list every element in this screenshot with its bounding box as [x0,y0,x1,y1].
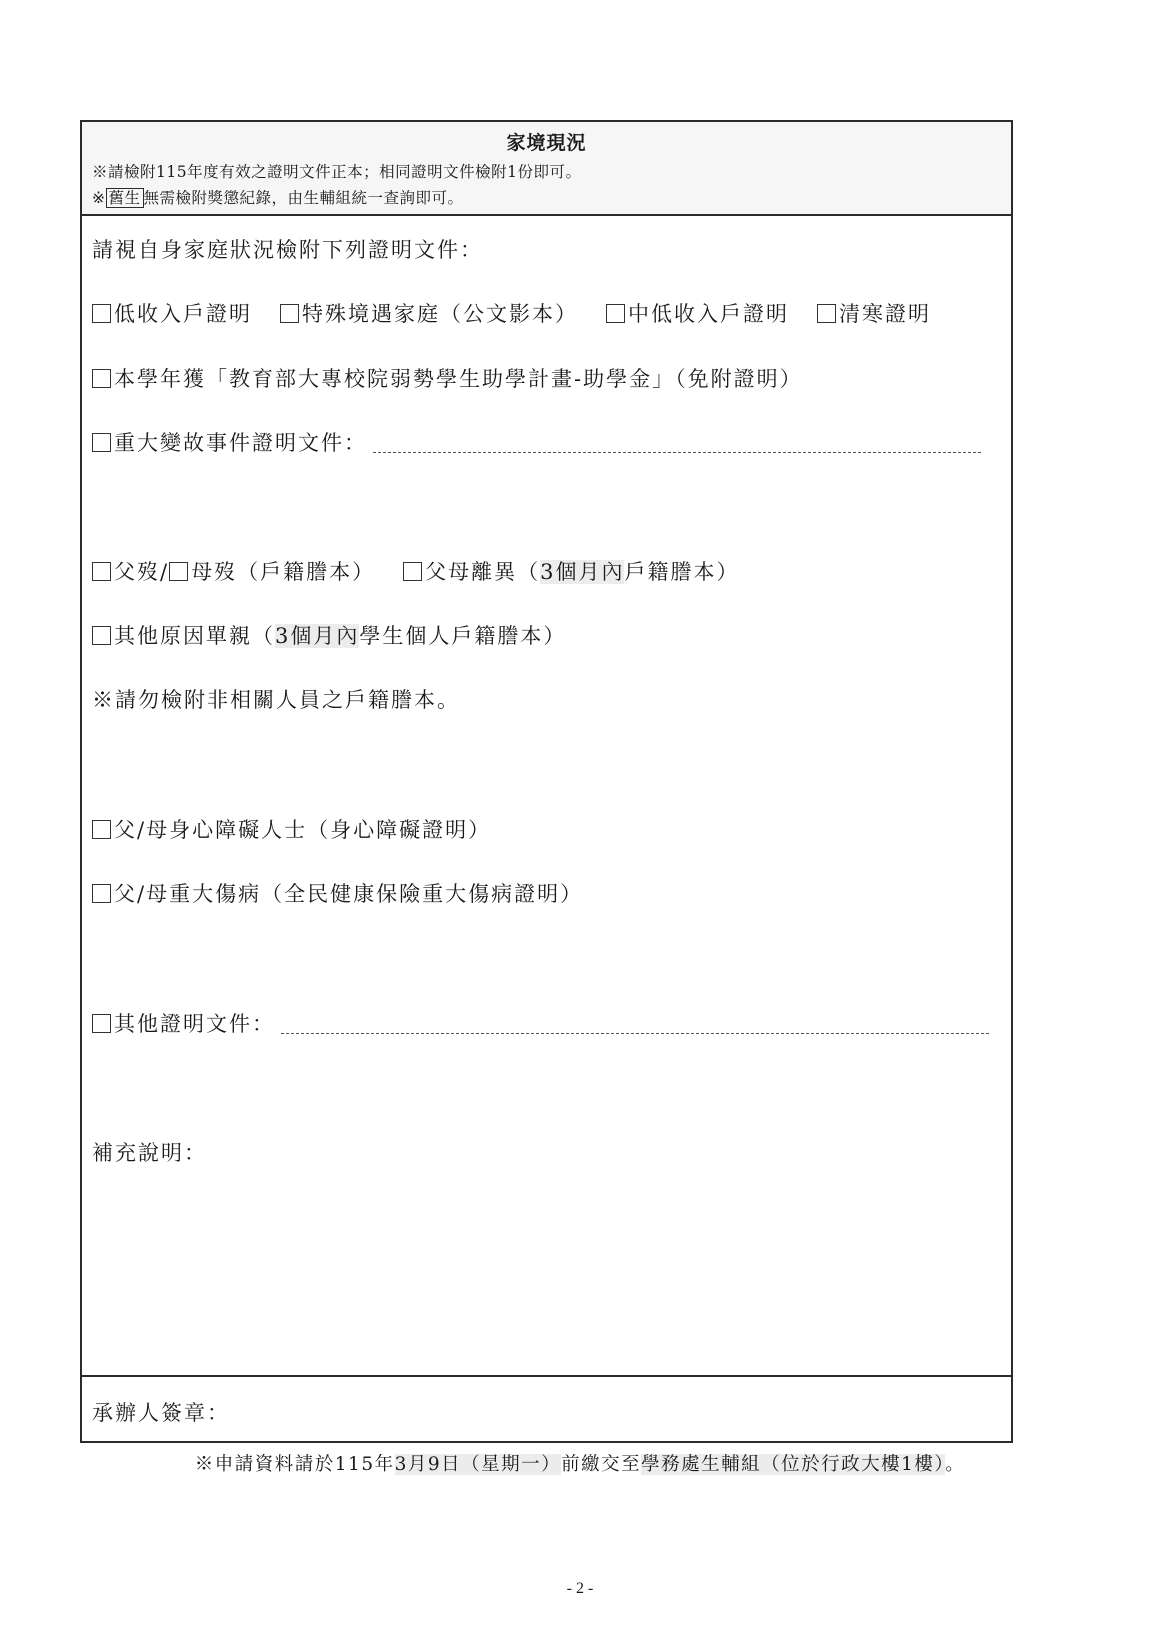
row-major-illness: 父/母重大傷病（全民健康保險重大傷病證明） [92,878,583,908]
note-text: 無需檢附獎懲紀錄，由生輔組統一查詢即可。 [144,189,464,207]
major-incident-input[interactable] [373,452,981,453]
supplement-input[interactable] [92,1172,997,1367]
deadline-text: ※申請資料請於115年 [195,1454,395,1475]
single-parent-highlight: 3個月內 [275,624,359,648]
label-father-deceased: 父歿/ [114,556,169,586]
note-no-unrelated-records: ※請勿檢附非相關人員之戶籍謄本。 [92,684,460,714]
row-single-parent: 其他原因單親（3個月內學生個人戶籍謄本） [92,620,566,650]
row-major-incident: 重大變故事件證明文件： [92,427,981,457]
label-mid-low-income: 中低收入戶證明 [628,298,789,328]
row-income-proofs: 低收入戶證明 特殊境遇家庭（公文影本） 中低收入戶證明 清寒證明 [92,298,931,328]
note-returning-students: ※舊生無需檢附獎懲紀錄，由生輔組統一查詢即可。 [92,186,464,208]
supplement-label: 補充說明： [92,1137,207,1167]
checkbox-parents-divorced[interactable] [403,562,422,581]
label-major-incident: 重大變故事件證明文件： [114,427,367,457]
deadline-date: 3月9日（星期一） [395,1454,562,1475]
divorced-text: 父母離異（ [425,560,540,584]
label-mother-deceased: 母歿（戶籍謄本） [191,556,375,586]
deadline-place: 學務處生輔組（位於行政大樓1樓） [641,1454,945,1475]
checkbox-moe-grant[interactable] [92,369,111,388]
label-poverty: 清寒證明 [839,298,931,328]
checkbox-major-illness[interactable] [92,884,111,903]
deadline-mid: 前繳交至 [561,1454,641,1475]
checkbox-low-income[interactable] [92,304,111,323]
label-moe-grant: 本學年獲「教育部大專校院弱勢學生助學計畫-助學金」（免附證明） [114,363,803,393]
single-parent-text-end: 學生個人戶籍謄本） [359,624,566,648]
label-major-illness: 父/母重大傷病（全民健康保險重大傷病證明） [114,878,583,908]
row-disability: 父/母身心障礙人士（身心障礙證明） [92,814,491,844]
note-mark: ※ [92,189,106,207]
submission-deadline-note: ※申請資料請於115年3月9日（星期一）前繳交至學務處生輔組（位於行政大樓1樓）… [0,1450,1160,1476]
row-other-documents: 其他證明文件： [92,1008,989,1038]
checkbox-mid-low-income[interactable] [606,304,625,323]
page-number: - 2 - [0,1580,1160,1598]
row-deceased-divorced: 父歿/ 母歿（戶籍謄本） 父母離異（3個月內戶籍謄本） [92,556,739,586]
checkbox-mother-deceased[interactable] [169,562,188,581]
divorced-text-end: 戶籍謄本） [624,560,739,584]
intro-text: 請視自身家庭狀況檢附下列證明文件： [92,234,483,264]
label-disability: 父/母身心障礙人士（身心障礙證明） [114,814,491,844]
checkbox-father-deceased[interactable] [92,562,111,581]
checkbox-single-parent[interactable] [92,626,111,645]
note-documents: ※請檢附115年度有效之證明文件正本；相同證明文件檢附1份即可。 [92,160,581,182]
label-low-income: 低收入戶證明 [114,298,252,328]
label-special-circumstances: 特殊境遇家庭（公文影本） [302,298,578,328]
section-title: 家境現況 [82,128,1011,155]
deadline-end: 。 [945,1454,965,1475]
label-single-parent: 其他原因單親（3個月內學生個人戶籍謄本） [114,620,566,650]
checkbox-other-documents[interactable] [92,1014,111,1033]
checkbox-poverty[interactable] [817,304,836,323]
divorced-highlight: 3個月內 [540,560,624,584]
checkbox-major-incident[interactable] [92,433,111,452]
returning-student-tag: 舊生 [106,188,144,208]
signature-row: 承辦人簽章： [82,1375,1011,1443]
other-documents-input[interactable] [281,1033,989,1034]
signature-label: 承辦人簽章： [92,1397,230,1427]
label-parents-divorced: 父母離異（3個月內戶籍謄本） [425,556,739,586]
checkbox-disability[interactable] [92,820,111,839]
label-other-documents: 其他證明文件： [114,1008,275,1038]
form-header: 家境現況 ※請檢附115年度有效之證明文件正本；相同證明文件檢附1份即可。 ※舊… [82,122,1011,216]
family-status-form: 家境現況 ※請檢附115年度有效之證明文件正本；相同證明文件檢附1份即可。 ※舊… [80,120,1013,1443]
row-moe-grant: 本學年獲「教育部大專校院弱勢學生助學計畫-助學金」（免附證明） [92,363,803,393]
single-parent-text: 其他原因單親（ [114,624,275,648]
checkbox-special-circumstances[interactable] [280,304,299,323]
